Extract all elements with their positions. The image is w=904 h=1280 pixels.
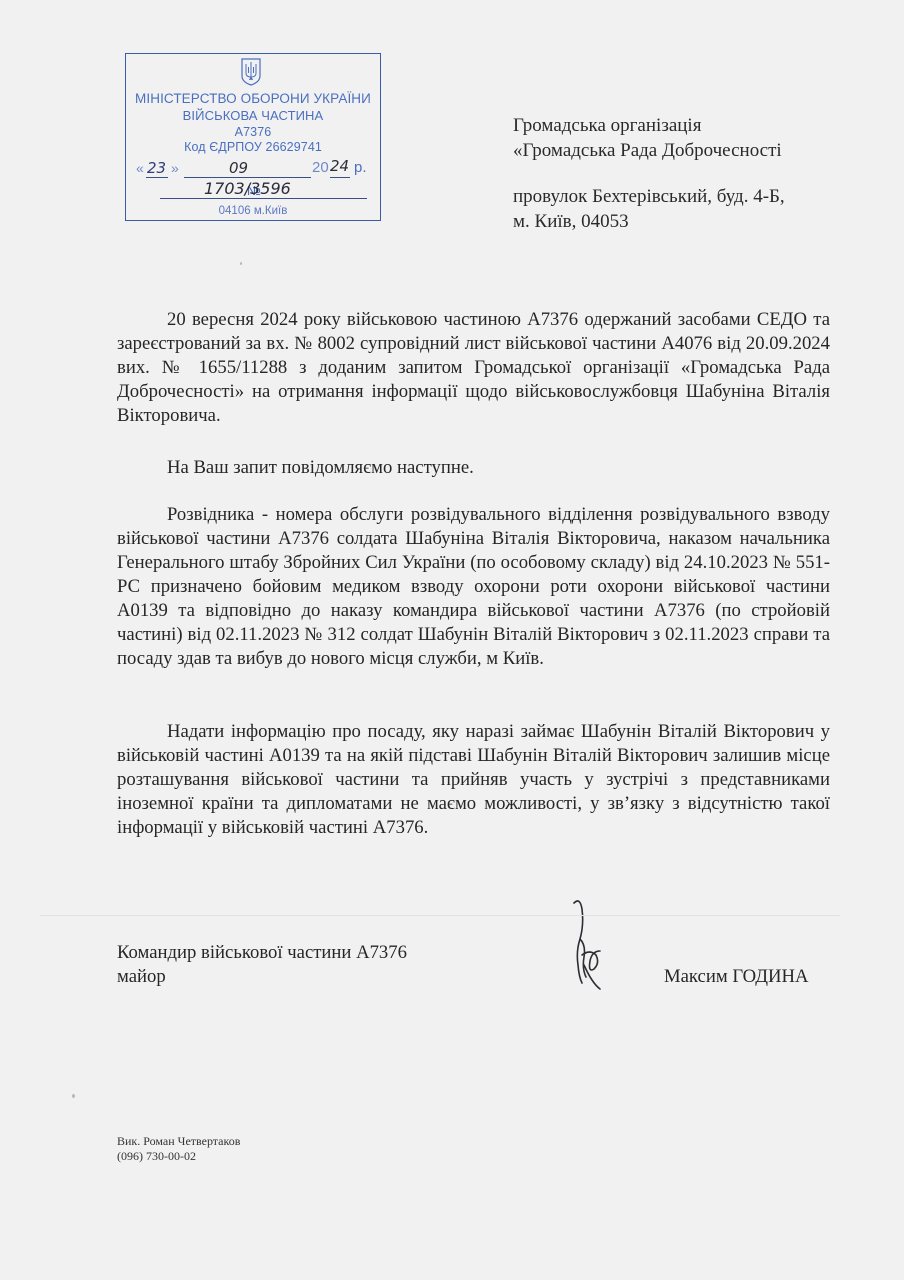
addressee-line-4: м. Київ, 04053 <box>513 209 785 234</box>
stamp-date-month: 09 <box>229 159 248 177</box>
paragraph-text: На Ваш запит повідомляємо наступне. <box>117 456 830 480</box>
addressee-line-1: Громадська організація <box>513 113 785 138</box>
executor-name: Вик. Роман Четвертаков <box>117 1134 240 1149</box>
trident-coat-of-arms-icon <box>241 58 261 86</box>
signatory-rank: майор <box>117 965 407 989</box>
stamp-unit-label: ВІЙСЬКОВА ЧАСТИНА <box>126 108 380 123</box>
signatory-position-block: Командир військової частини А7376 майор <box>117 941 407 989</box>
stamp-date-year-mark: р. <box>354 159 367 176</box>
body-paragraph-2: На Ваш запит повідомляємо наступне. <box>117 456 830 480</box>
executor-block: Вик. Роман Четвертаков (096) 730-00-02 <box>117 1134 240 1164</box>
stamp-date-row: « 23 » 09 20 24 р. <box>134 160 374 180</box>
signatory-position: Командир військової частини А7376 <box>117 941 407 965</box>
stamp-date-day: 23 <box>147 159 166 177</box>
body-paragraph-1: 20 вересня 2024 року військовою частиною… <box>117 308 830 428</box>
addressee-line-2: «Громадська Рада Доброчесності <box>513 138 785 163</box>
stamp-unit-code: А7376 <box>126 125 380 140</box>
stamp-number-row: № 1703/3596 <box>134 182 374 202</box>
paragraph-text: 20 вересня 2024 року військовою частиною… <box>117 308 830 428</box>
body-paragraph-4: Надати інформацію про посаду, яку наразі… <box>117 720 830 840</box>
stamp-date-close-quote: » <box>171 160 179 176</box>
paragraph-text: Надати інформацію про посаду, яку наразі… <box>117 720 830 840</box>
body-paragraph-3: Розвідника - номера обслуги розвідувальн… <box>117 503 830 671</box>
addressee-line-3: провулок Бехтерівський, буд. 4-Б, <box>513 184 785 209</box>
signatory-name: Максим ГОДИНА <box>664 965 808 989</box>
stamp-ministry: МІНІСТЕРСТВО ОБОРОНИ УКРАЇНИ <box>126 91 380 106</box>
stamp-edrpou: Код ЄДРПОУ 26629741 <box>126 140 380 155</box>
scan-speck <box>240 262 242 265</box>
stamp-date-year-prefix: 20 <box>312 159 329 176</box>
scan-artifact-line <box>40 915 840 916</box>
stamp-date-year-suffix: 24 <box>330 157 349 175</box>
stamp-number-value: 1703/3596 <box>204 179 291 198</box>
registration-stamp: МІНІСТЕРСТВО ОБОРОНИ УКРАЇНИ ВІЙСЬКОВА Ч… <box>125 53 381 221</box>
stamp-city: 04106 м.Київ <box>126 205 380 217</box>
document-page: МІНІСТЕРСТВО ОБОРОНИ УКРАЇНИ ВІЙСЬКОВА Ч… <box>0 0 904 1280</box>
addressee-block: Громадська організація «Громадська Рада … <box>513 113 785 234</box>
stamp-date-open-quote: « <box>136 160 144 176</box>
executor-phone: (096) 730-00-02 <box>117 1149 240 1164</box>
paragraph-text: Розвідника - номера обслуги розвідувальн… <box>117 503 830 671</box>
handwritten-signature-icon <box>560 895 620 990</box>
scan-speck <box>72 1094 75 1098</box>
